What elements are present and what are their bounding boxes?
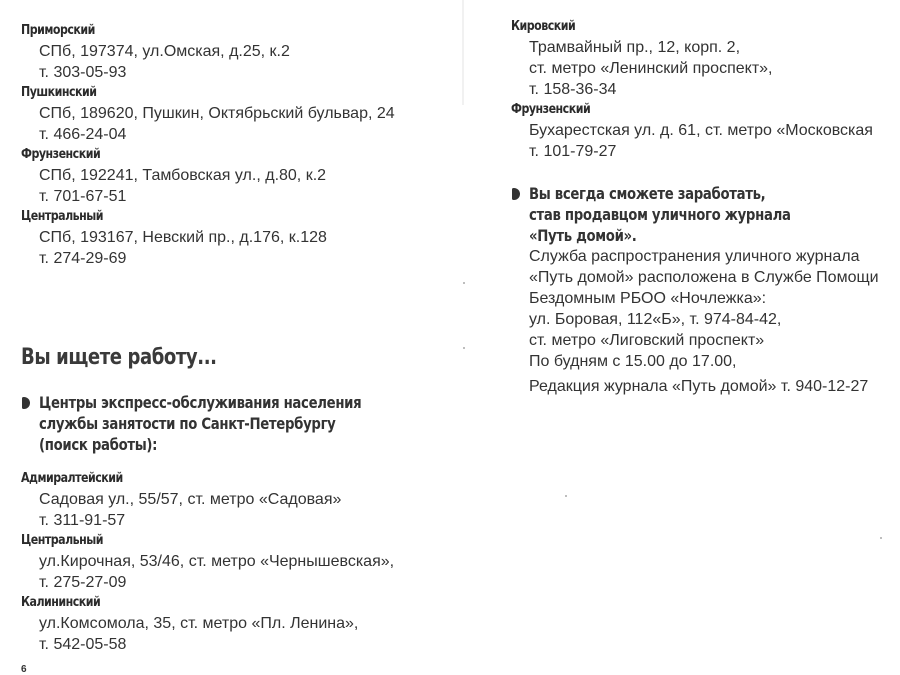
phone-line: т. 274-29-69 xyxy=(21,248,451,269)
job-center-entry: Калининский ул.Комсомола, 35, ст. метро … xyxy=(21,593,451,655)
address-line: СПб, 193167, Невский пр., д.176, к.128 xyxy=(21,227,451,248)
right-page: Кировский Трамвайный пр., 12, корп. 2, с… xyxy=(460,0,900,675)
district-name: Пушкинский xyxy=(21,83,387,103)
metro-line: ст. метро «Ленинский проспект», xyxy=(511,58,900,79)
district-name: Приморский xyxy=(21,21,387,41)
address-line: СПб, 189620, Пушкин, Октябрьский бульвар… xyxy=(21,103,451,124)
job-center-entry: Кировский Трамвайный пр., 12, корп. 2, с… xyxy=(511,17,900,100)
address-line: СПб, 192241, Тамбовская ул., д.80, к.2 xyxy=(21,165,451,186)
phone-line: т. 466-24-04 xyxy=(21,124,451,145)
district-name: Калининский xyxy=(21,593,387,613)
info-line: ст. метро «Лиговский проспект» xyxy=(511,330,900,351)
info-line: «Путь домой» расположена в Службе Помощи xyxy=(511,267,900,288)
phone-line: т. 311-91-57 xyxy=(21,510,451,531)
district-name: Центральный xyxy=(21,531,387,551)
job-center-list: Адмиралтейский Садовая ул., 55/57, ст. м… xyxy=(21,469,451,655)
job-center-list-continued: Кировский Трамвайный пр., 12, корп. 2, с… xyxy=(511,17,900,162)
district-entry: Приморский СПб, 197374, ул.Омская, д.25,… xyxy=(21,21,451,83)
section-title: Вы ищете работу... xyxy=(21,345,217,370)
address-line: Бухарестская ул. д. 61, ст. метро «Моско… xyxy=(511,120,900,141)
job-center-entry: Адмиралтейский Садовая ул., 55/57, ст. м… xyxy=(21,469,451,531)
job-centers-heading: Центры экспресс-обслуживания населения с… xyxy=(21,392,427,455)
district-name: Кировский xyxy=(511,17,851,37)
phone-line: т. 303-05-93 xyxy=(21,62,451,83)
district-name: Центральный xyxy=(21,207,387,227)
info-line: Служба распространения уличного журнала xyxy=(511,246,900,267)
info-line: Бездомным РБОО «Ночлежка»: xyxy=(511,288,900,309)
district-entry: Пушкинский СПб, 189620, Пушкин, Октябрьс… xyxy=(21,83,451,145)
address-line: Садовая ул., 55/57, ст. метро «Садовая» xyxy=(21,489,451,510)
page-number: 6 xyxy=(21,664,27,675)
phone-line: т. 275-27-09 xyxy=(21,572,451,593)
district-name: Фрунзенский xyxy=(511,100,851,120)
info-line: ул. Боровая, 112«Б», т. 974-84-42, xyxy=(511,309,900,330)
district-entry: Центральный СПб, 193167, Невский пр., д.… xyxy=(21,207,451,269)
district-name: Фрунзенский xyxy=(21,145,387,165)
district-entry: Фрунзенский СПб, 192241, Тамбовская ул.,… xyxy=(21,145,451,207)
district-list-top: Приморский СПб, 197374, ул.Омская, д.25,… xyxy=(21,21,451,269)
phone-line: т. 158-36-34 xyxy=(511,79,900,100)
street-magazine-heading: Вы всегда сможете заработать, став прода… xyxy=(511,183,844,246)
address-line: ул.Кирочная, 53/46, ст. метро «Чернышевс… xyxy=(21,551,451,572)
editorial-line: Редакция журнала «Путь домой» т. 940-12-… xyxy=(511,376,900,397)
phone-line: т. 542-05-58 xyxy=(21,634,451,655)
bullet-icon xyxy=(22,397,30,409)
address-line: Трамвайный пр., 12, корп. 2, xyxy=(511,37,900,58)
distribution-info: Служба распространения уличного журнала … xyxy=(511,246,900,397)
address-line: СПб, 197374, ул.Омская, д.25, к.2 xyxy=(21,41,451,62)
phone-line: т. 101-79-27 xyxy=(511,141,900,162)
job-center-entry: Центральный ул.Кирочная, 53/46, ст. метр… xyxy=(21,531,451,593)
bullet-icon xyxy=(512,188,520,200)
phone-line: т. 701-67-51 xyxy=(21,186,451,207)
address-line: ул.Комсомола, 35, ст. метро «Пл. Ленина»… xyxy=(21,613,451,634)
left-page: Приморский СПб, 197374, ул.Омская, д.25,… xyxy=(0,0,460,675)
district-name: Адмиралтейский xyxy=(21,469,387,489)
info-line: По будням с 15.00 до 17.00, xyxy=(511,351,900,372)
job-center-entry: Фрунзенский Бухарестская ул. д. 61, ст. … xyxy=(511,100,900,162)
